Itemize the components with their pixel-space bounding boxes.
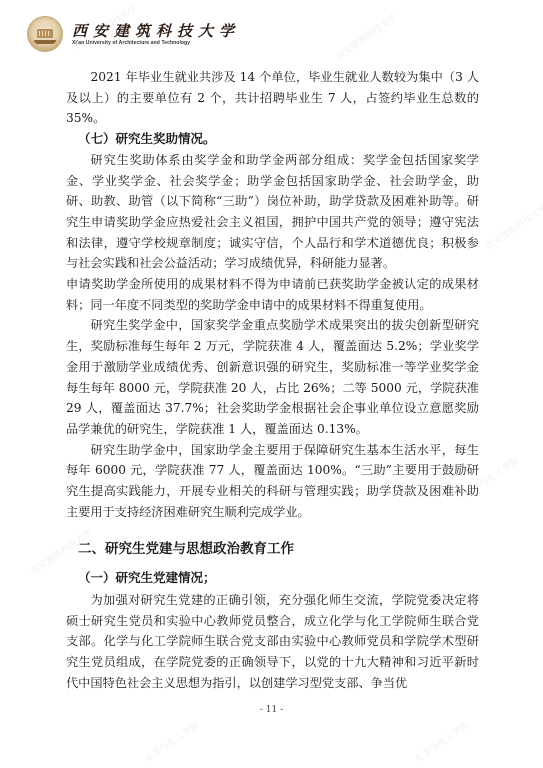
- body-text-block-1: 2021 年毕业生就业共涉及 14 个单位，毕业生就业人数较为集中（3 人及以上…: [66, 67, 479, 522]
- document-page: 西安建筑科技大学 Xi'an University of Architectur…: [0, 0, 543, 768]
- party-section-heading: 二、研究生党建与思想政治教育工作: [66, 539, 479, 560]
- university-name-en: Xi'an University of Architecture and Tec…: [72, 40, 190, 46]
- page-number: - 11 -: [0, 705, 543, 715]
- awards-heading: （七）研究生奖助情况。: [66, 129, 479, 150]
- watermark: 化学与化工学院: [142, 718, 201, 765]
- party-paragraph: 为加强对研究生党建的正确引领，充分强化师生交流，学院党委决定将硕士研究生党员和实…: [66, 590, 479, 694]
- awards-paragraph-2: 申请奖助学金所使用的成果材料不得为申请前已获奖助学金被认定的成果材料；同一年度不…: [66, 274, 479, 315]
- watermark: 西安建筑科技大学: [333, 11, 399, 63]
- awards-paragraph-3: 研究生奖学金中，国家奖学金重点奖励学术成果突出的拔尖创新型研究生，奖励标准每生每…: [66, 315, 479, 439]
- watermark: 西安建筑科技大学: [483, 201, 543, 253]
- awards-paragraph-1: 研究生奖助体系由奖学金和助学金两部分组成：奖学金包括国家奖学金、学业奖学金、社会…: [66, 150, 479, 274]
- logo-base: [34, 40, 56, 44]
- watermark: 化学与化工学院: [412, 718, 471, 765]
- university-name-cn: 西安建筑科技大学: [72, 20, 240, 41]
- party-subheading: （一）研究生党建情况；: [66, 566, 479, 590]
- employment-paragraph: 2021 年毕业生就业共涉及 14 个单位，毕业生就业人数较为集中（3 人及以上…: [66, 67, 479, 129]
- logo-building-icon: [37, 29, 53, 38]
- body-text-block-2: （一）研究生党建情况； 为加强对研究生党建的正确引领，充分强化师生交流，学院党委…: [66, 566, 479, 694]
- awards-paragraph-4: 研究生助学金中，国家助学金主要用于保障研究生基本生活水平，每生每年 6000 元…: [66, 440, 479, 523]
- section-heading-block: 二、研究生党建与思想政治教育工作: [66, 539, 479, 560]
- university-logo-icon: [27, 16, 63, 52]
